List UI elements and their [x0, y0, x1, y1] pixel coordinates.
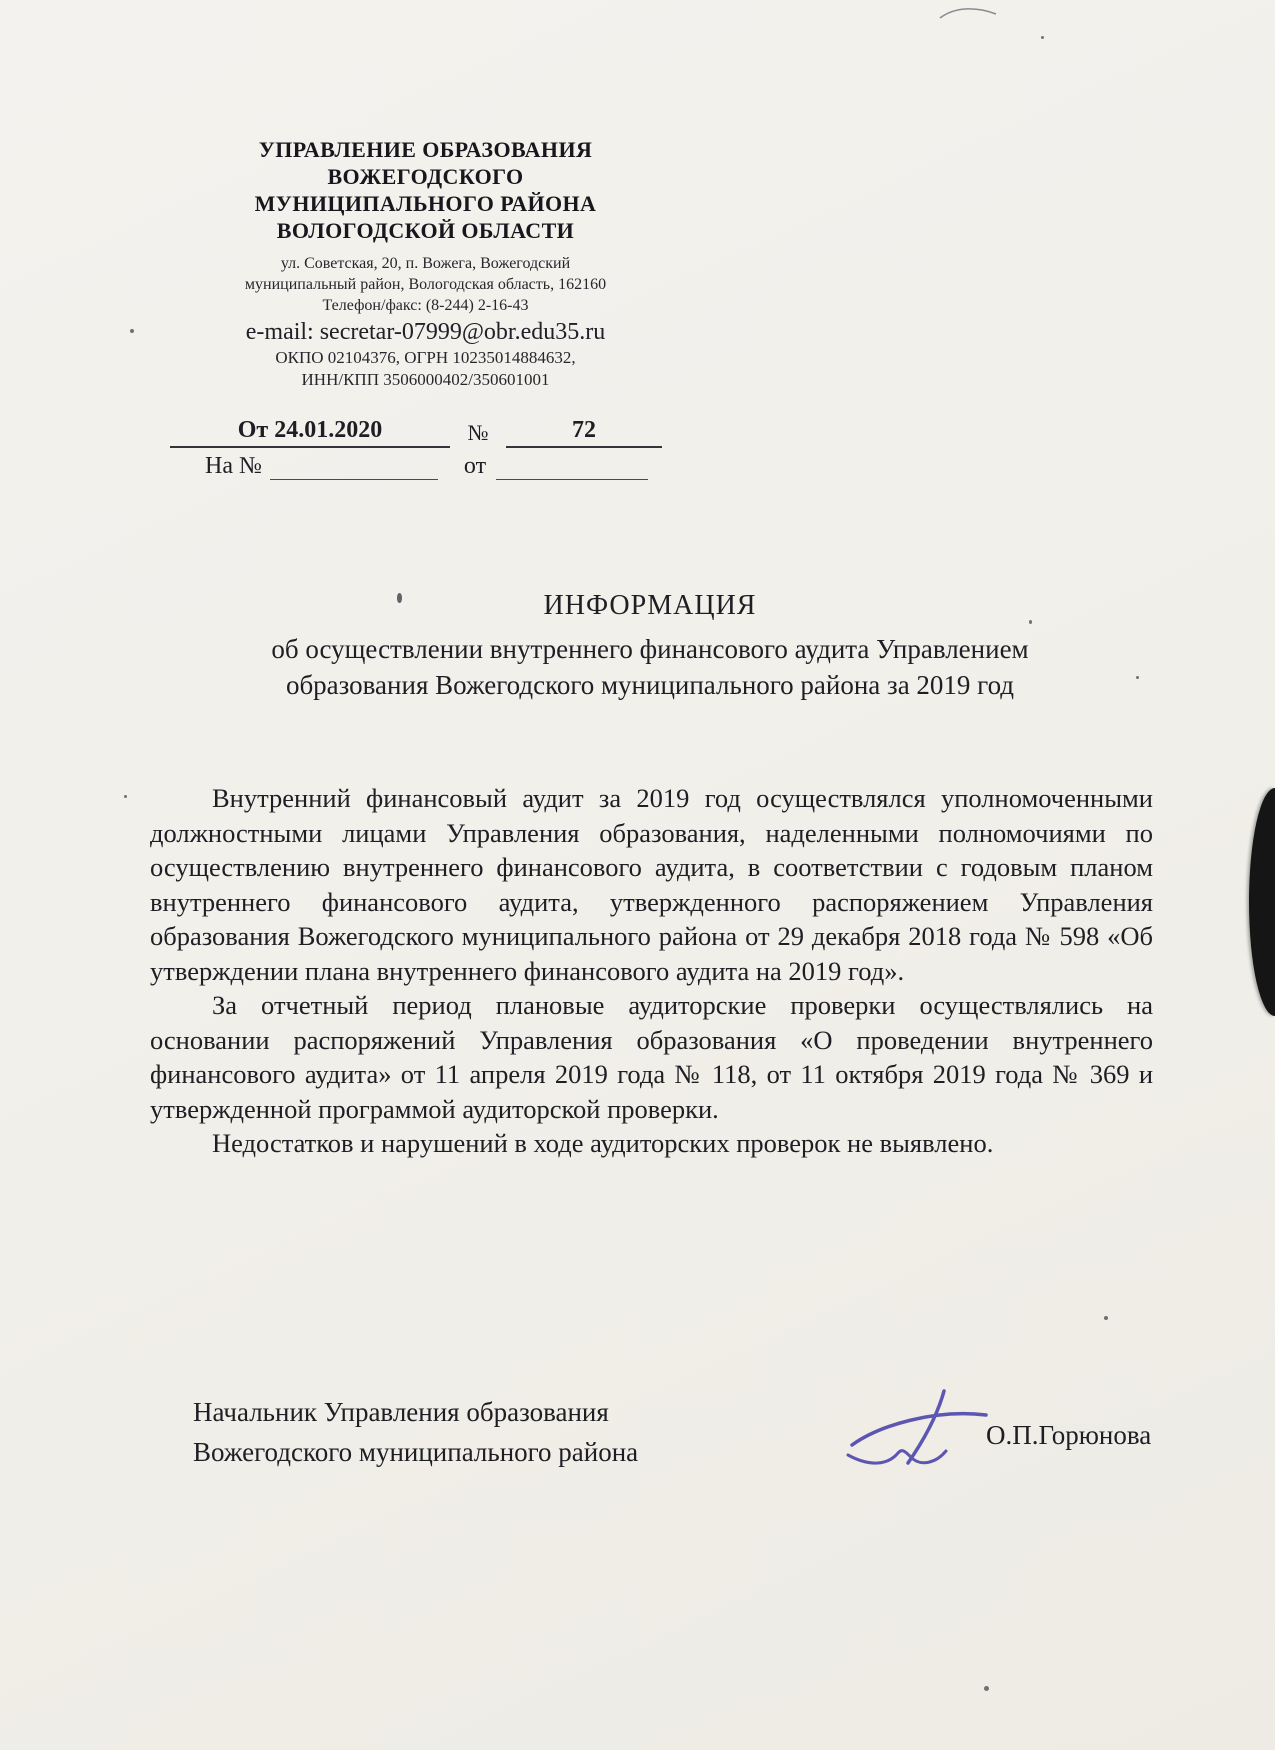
- address-line: ул. Советская, 20, п. Вожега, Вожегодски…: [168, 253, 683, 274]
- org-name-line: ВОЛОГОДСКОЙ ОБЛАСТИ: [168, 217, 683, 244]
- reference-label: На №: [205, 453, 262, 480]
- outgoing-date: От 24.01.2020: [170, 417, 450, 448]
- reference-number-blank-line: [270, 452, 438, 480]
- org-name-line: УПРАВЛЕНИЕ ОБРАЗОВАНИЯ: [168, 136, 683, 163]
- reference-from-label: от: [464, 453, 486, 480]
- reference-date-blank-line: [496, 452, 648, 480]
- scan-speck: [1029, 620, 1032, 624]
- signatory-position-line: Начальник Управления образования: [193, 1392, 638, 1432]
- scan-artifact-blob: [1249, 788, 1275, 1016]
- numero-sign: №: [450, 420, 506, 448]
- document-title: ИНФОРМАЦИЯ: [150, 589, 1150, 623]
- org-name-line: ВОЖЕГОДСКОГО: [168, 163, 683, 190]
- scan-speck: [124, 795, 127, 798]
- signatory-position: Начальник Управления образования Вожегод…: [193, 1392, 638, 1472]
- scan-speck: [1041, 36, 1044, 39]
- body-paragraph: Внутренний финансовый аудит за 2019 год …: [150, 781, 1153, 988]
- address-block: ул. Советская, 20, п. Вожега, Вожегодски…: [168, 253, 683, 316]
- scan-speck: [1136, 676, 1139, 679]
- org-name-line: МУНИЦИПАЛЬНОГО РАЙОНА: [168, 190, 683, 217]
- outgoing-number: 72: [506, 417, 662, 448]
- signatory-name: О.П.Горюнова: [986, 1420, 1151, 1451]
- email-line: e-mail: secretar-07999@obr.edu35.ru: [168, 318, 683, 347]
- signatory-position-line: Вожегодского муниципального района: [193, 1432, 638, 1472]
- letterhead: УПРАВЛЕНИЕ ОБРАЗОВАНИЯ ВОЖЕГОДСКОГО МУНИ…: [168, 136, 683, 391]
- reference-row: На № от: [205, 452, 648, 480]
- inn-kpp-line: ИНН/КПП 3506000402/350601001: [168, 369, 683, 391]
- scan-scribble: [938, 4, 998, 22]
- document-page: УПРАВЛЕНИЕ ОБРАЗОВАНИЯ ВОЖЕГОДСКОГО МУНИ…: [0, 0, 1275, 1750]
- scan-speck: [397, 593, 402, 603]
- document-body: Внутренний финансовый аудит за 2019 год …: [150, 781, 1153, 1161]
- scan-speck: [130, 329, 134, 333]
- address-line: Телефон/факс: (8-244) 2-16-43: [168, 295, 683, 316]
- scan-speck: [984, 1686, 989, 1691]
- scan-speck: [1104, 1316, 1108, 1320]
- okpo-ogrn-line: ОКПО 02104376, ОГРН 10235014884632,: [168, 347, 683, 369]
- document-subtitle: об осуществлении внутреннего финансового…: [150, 631, 1150, 667]
- document-title-block: ИНФОРМАЦИЯ об осуществлении внутреннего …: [150, 589, 1150, 703]
- address-line: муниципальный район, Вологодская область…: [168, 274, 683, 295]
- outgoing-date-row: От 24.01.2020 № 72: [170, 417, 662, 448]
- document-subtitle: образования Вожегодского муниципального …: [150, 667, 1150, 703]
- body-paragraph: За отчетный период плановые аудиторские …: [150, 988, 1153, 1126]
- body-paragraph: Недостатков и нарушений в ходе аудиторск…: [150, 1126, 1153, 1161]
